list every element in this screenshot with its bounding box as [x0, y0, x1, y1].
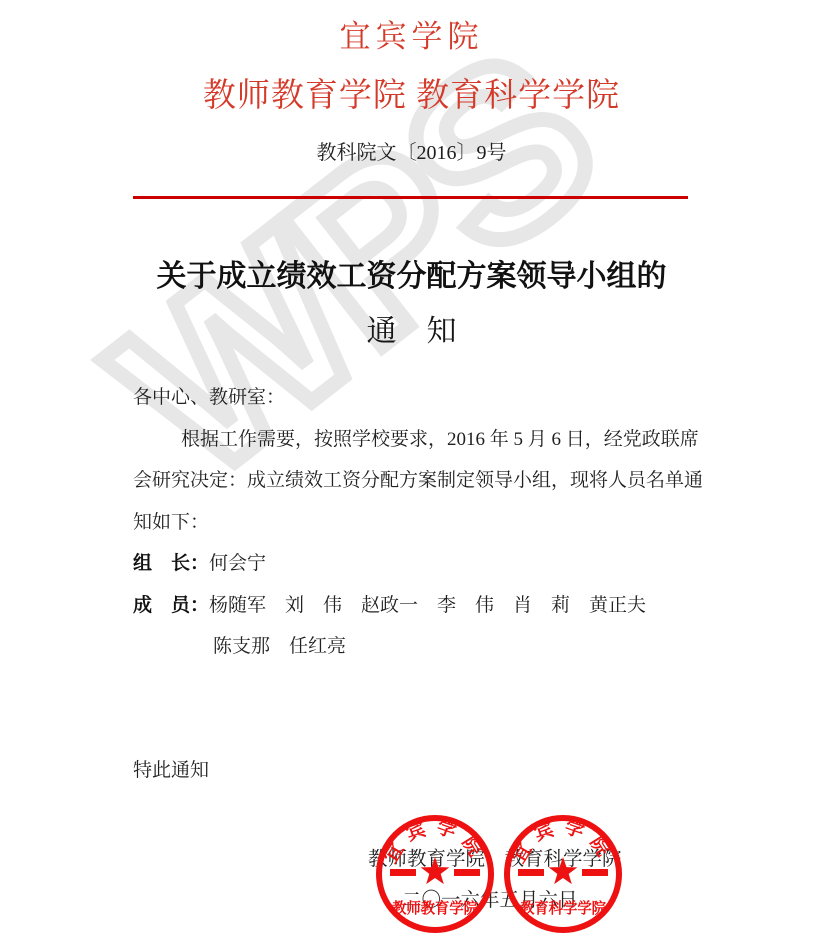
- members-label: 成 员：: [133, 595, 209, 616]
- red-divider-rule: [133, 196, 688, 199]
- seal-right-bar: [582, 869, 608, 876]
- paragraph-line-3: 知如下：: [133, 510, 209, 535]
- university-name: 宜宾学院: [0, 11, 823, 56]
- members-row: 成 员：杨随军 刘 伟 赵政一 李 伟 肖 莉 黄正夫: [133, 593, 646, 618]
- notice-title-line2: 通 知: [0, 306, 823, 350]
- seal-left-bar: [518, 869, 544, 876]
- document-number: 教科院文〔2016〕9号: [0, 136, 823, 165]
- seal-left-bar: [390, 869, 416, 876]
- department-names: 教师教育学院 教育科学学院: [0, 69, 823, 116]
- leader-label: 组 长：: [133, 553, 209, 574]
- seal-star-icon: [421, 857, 450, 884]
- members-line-1: 杨随军 刘 伟 赵政一 李 伟 肖 莉 黄正夫: [209, 595, 646, 616]
- members-line-2: 陈支那 任红亮: [213, 634, 346, 659]
- official-seal-education-science: 宜宾学院 教育科学学院: [502, 813, 624, 935]
- leader-row: 组 长：何会宁: [133, 551, 266, 576]
- official-notice-document: WPS 宜宾学院 教师教育学院 教育科学学院 教科院文〔2016〕9号 关于成立…: [0, 0, 823, 948]
- official-seal-teacher-education: 宜宾学院 教师教育学院: [374, 813, 496, 935]
- seal-star-icon: [549, 857, 578, 884]
- paragraph-line-1: 根据工作需要，按照学校要求，2016 年 5 月 6 日，经党政联席: [181, 427, 699, 452]
- seal-bottom-text: 教育科学学院: [520, 899, 606, 917]
- salutation: 各中心、教研室：: [133, 385, 285, 410]
- leader-name: 何会宁: [209, 553, 266, 574]
- paragraph-line-2: 会研究决定：成立绩效工资分配方案制定领导小组，现将人员名单通: [133, 468, 703, 493]
- seal-right-bar: [454, 869, 480, 876]
- closing-phrase: 特此通知: [133, 758, 209, 783]
- notice-title-line1: 关于成立绩效工资分配方案领导小组的: [0, 251, 823, 295]
- seal-bottom-text: 教师教育学院: [392, 899, 478, 917]
